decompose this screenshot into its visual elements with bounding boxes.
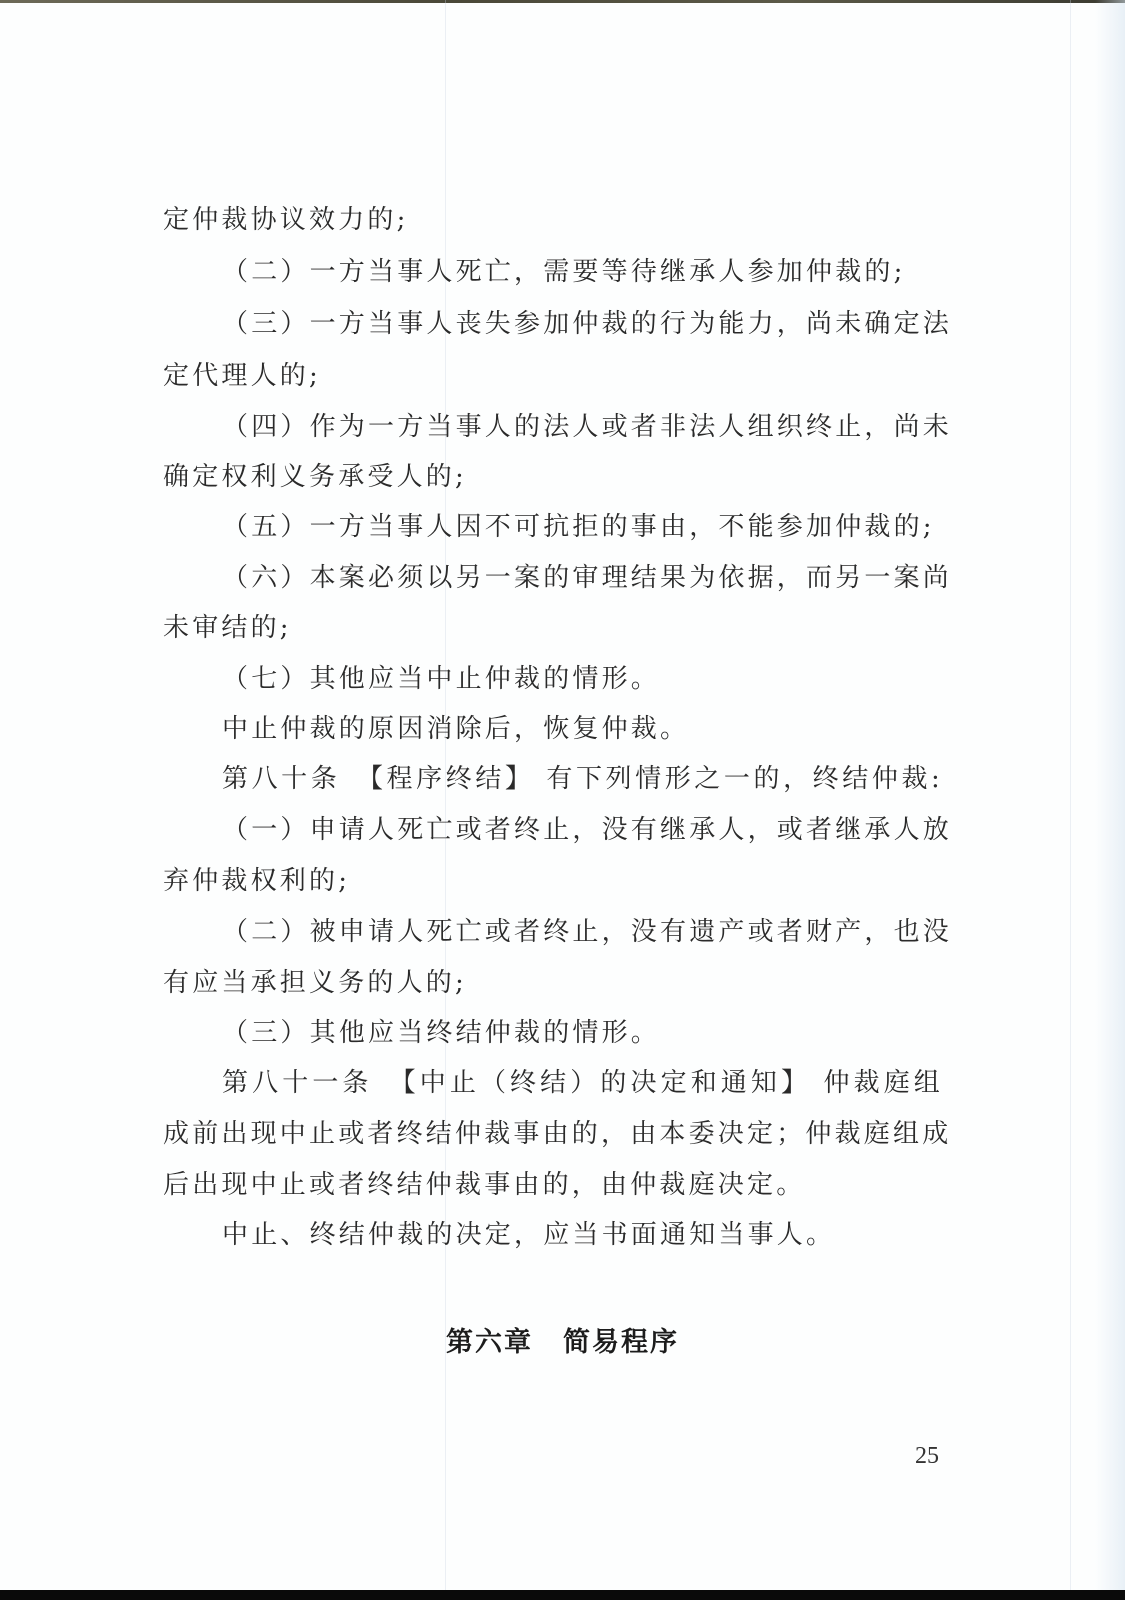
- text-line: （三）一方当事人丧失参加仲裁的行为能力，尚未确定法: [222, 308, 943, 340]
- text-line: （六）本案必须以另一案的审理结果为依据，而另一案尚: [222, 562, 943, 594]
- article-80-heading-line: 第八十条 【程序终结】 有下列情形之一的，终结仲裁:: [222, 763, 943, 795]
- text-line: 后出现中止或者终结仲裁事由的，由仲裁庭决定。: [163, 1169, 943, 1201]
- article-81-heading-line: 第八十一条 【中止（终结）的决定和通知】 仲裁庭组: [222, 1067, 943, 1099]
- chapter-heading: 第六章简易程序: [0, 1320, 1125, 1359]
- text-line: （二）一方当事人死亡，需要等待继承人参加仲裁的;: [222, 256, 943, 288]
- text-line: 成前出现中止或者终结仲裁事由的，由本委决定；仲裁庭组成: [163, 1118, 943, 1150]
- text-line: （五）一方当事人因不可抗拒的事由，不能参加仲裁的;: [222, 511, 943, 543]
- text-line: （七）其他应当中止仲裁的情形。: [222, 663, 943, 695]
- text-line: 有应当承担义务的人的;: [163, 967, 943, 999]
- text-line: 确定权利义务承受人的;: [163, 461, 943, 493]
- text-line: 未审结的;: [163, 612, 943, 644]
- text-line: （三）其他应当终结仲裁的情形。: [222, 1017, 943, 1049]
- text-line: 中止、终结仲裁的决定，应当书面通知当事人。: [222, 1219, 943, 1251]
- chapter-title: 简易程序: [563, 1327, 679, 1358]
- text-line: （一）申请人死亡或者终止，没有继承人，或者继承人放: [222, 814, 943, 846]
- text-line: 中止仲裁的原因消除后，恢复仲裁。: [222, 713, 943, 745]
- scan-bottom-bar: [0, 1590, 1125, 1600]
- page-number: 25: [915, 1443, 939, 1470]
- text-line: （二）被申请人死亡或者终止，没有遗产或者财产，也没: [222, 916, 943, 948]
- chapter-number: 第六章: [446, 1327, 533, 1358]
- document-page: 定仲裁协议效力的; （二）一方当事人死亡，需要等待继承人参加仲裁的; （三）一方…: [0, 0, 1125, 1590]
- text-line: （四）作为一方当事人的法人或者非法人组织终止，尚未: [222, 411, 943, 443]
- text-line: 定仲裁协议效力的;: [163, 204, 943, 236]
- text-line: 定代理人的;: [163, 360, 943, 392]
- text-line: 弃仲裁权利的;: [163, 865, 943, 897]
